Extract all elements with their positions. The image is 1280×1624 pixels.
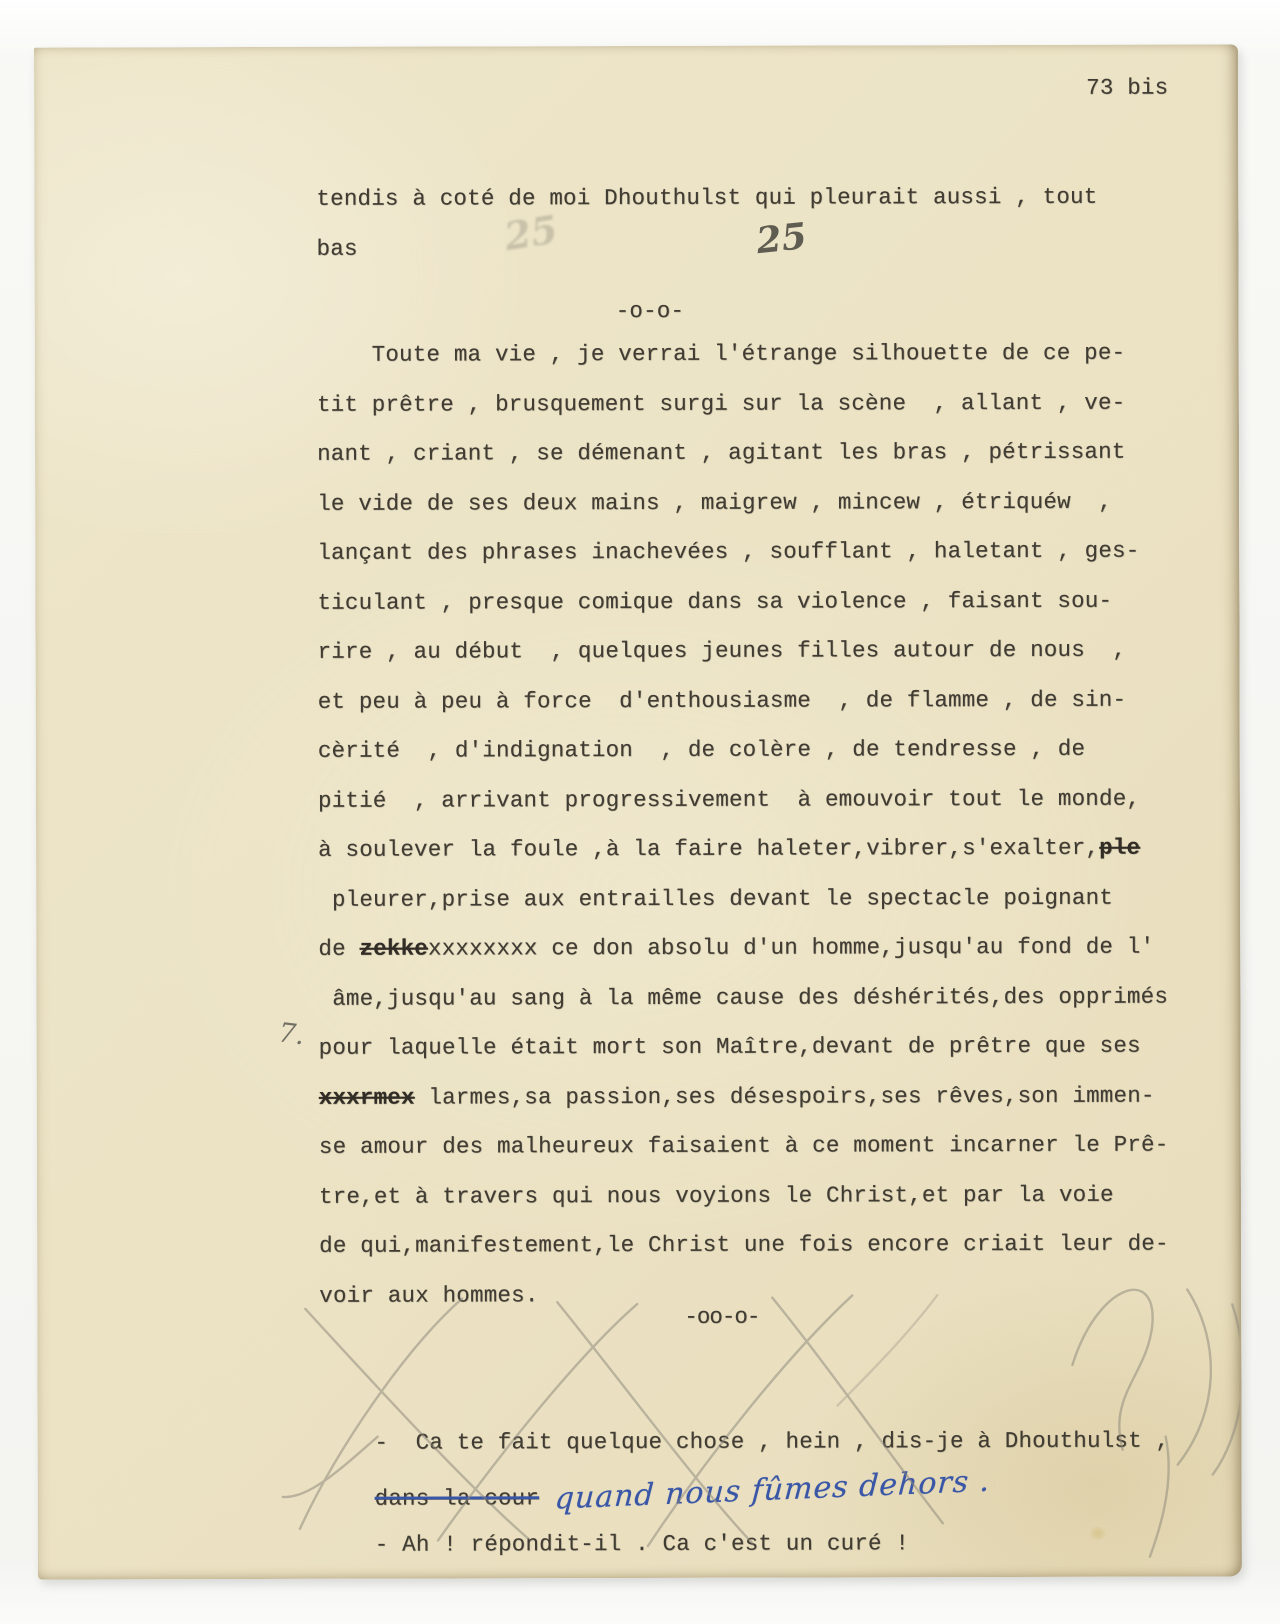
typed-line: ticulant , presque comique dans sa viole…	[317, 576, 1167, 628]
typed-text: rire , au début , quelques jeunes filles…	[318, 637, 1127, 665]
typed-text: voir aux hommes.	[319, 1282, 538, 1309]
ink-stain	[1090, 1527, 1106, 1540]
typed-line: Toute ma vie , je verrai l'étrange silho…	[317, 329, 1167, 381]
typed-text: de qui,manifestement,le Christ une fois …	[319, 1231, 1169, 1259]
typed-text: lançant des phrases inachevées , souffla…	[317, 538, 1139, 566]
typed-text: tre,et à travers qui nous voyions le Chr…	[319, 1181, 1114, 1209]
typed-text: tit prêtre , brusquement surgi sur la sc…	[317, 389, 1126, 417]
margin-annotation: 7.	[277, 1017, 306, 1051]
typed-line: tendis à coté de moi Dhouthulst qui pleu…	[316, 173, 1097, 225]
typed-text: ticulant , presque comique dans sa viole…	[317, 587, 1112, 615]
typed-text: Toute ma vie , je verrai l'étrange silho…	[317, 340, 1126, 368]
typed-line: xxxrmex larmes,sa passion,ses désespoirs…	[319, 1071, 1169, 1123]
typed-line: le vide de ses deux mains , maigrew , mi…	[317, 477, 1167, 529]
typed-line: cèrité , d'indignation , de colère , de …	[318, 725, 1168, 777]
typed-line: pleurer,prise aux entrailles devant le s…	[318, 873, 1168, 925]
typed-text: larmes,sa passion,ses désespoirs,ses rêv…	[415, 1082, 1155, 1110]
typed-line: de qui,manifestement,le Christ une fois …	[319, 1220, 1169, 1272]
pencil-page-number: 25	[754, 215, 808, 262]
dialogue-line: dans la courquand nous fûmes dehors .	[320, 1419, 991, 1470]
typed-line: et peu à peu à force d'enthousiasme , de…	[318, 675, 1168, 727]
typed-text: le vide de ses deux mains , maigrew , mi…	[317, 488, 1112, 516]
typed-text: tendis à coté de moi Dhouthulst qui pleu…	[316, 184, 1097, 212]
paper-sheet: 73 bis tendis à coté de moi Dhouthulst q…	[34, 44, 1242, 1579]
typed-line: à soulever la foule ,à la faire haleter,…	[318, 824, 1168, 876]
typed-line: lançant des phrases inachevées , souffla…	[317, 527, 1167, 579]
erased-pencil-number: 25	[501, 206, 560, 259]
typed-text: et peu à peu à force d'enthousiasme , de…	[318, 686, 1127, 714]
typed-line: rire , au début , quelques jeunes filles…	[318, 626, 1168, 678]
typed-text: xxxxxxxx ce don absolu d'un homme,jusqu'…	[428, 934, 1154, 962]
typed-line: pour laquelle était mort son Maître,deva…	[319, 1022, 1169, 1074]
typed-text: à soulever la foule ,à la faire haleter,…	[318, 835, 1099, 863]
typed-text: de	[318, 936, 359, 962]
dialogue-line: - Ah ! répondit-il . Ca c'est un curé !	[320, 1469, 909, 1520]
opening-block: tendis à coté de moi Dhouthulst qui pleu…	[316, 173, 1097, 274]
typed-line: bas	[316, 222, 1097, 274]
overstrike-text: zekke	[359, 936, 428, 962]
typed-text: nant , criant , se démenant , agitant le…	[317, 439, 1126, 467]
typed-line: se amour des malheureux faisaient à ce m…	[319, 1121, 1169, 1173]
typed-line: tit prêtre , brusquement surgi sur la sc…	[317, 378, 1167, 430]
typed-line: nant , criant , se démenant , agitant le…	[317, 428, 1167, 480]
typed-text: bas	[316, 235, 357, 261]
overstrike-text: xxxrmex	[319, 1084, 415, 1110]
typed-text: pour laquelle était mort son Maître,deva…	[319, 1033, 1141, 1061]
typed-line: de zekkexxxxxxxx ce don absolu d'un homm…	[318, 923, 1168, 975]
dialogue-line: - Ca te fait quelque chose , hein , dis-…	[319, 1367, 1169, 1419]
typed-text: pitié , arrivant progressivement à emouv…	[318, 785, 1140, 813]
main-paragraph: Toute ma vie , je verrai l'étrange silho…	[317, 329, 1169, 1321]
typed-line: tre,et à travers qui nous voyions le Chr…	[319, 1170, 1169, 1222]
section-separator: -oo-o-	[684, 1304, 759, 1330]
typed-text: cèrité , d'indignation , de colère , de …	[318, 736, 1085, 764]
section-separator: -o-o-	[616, 298, 685, 324]
scanned-document-background: { "page": { "number_label": "73 bis", "p…	[0, 0, 1280, 1624]
page-number: 73 bis	[1086, 75, 1168, 101]
typed-text: se amour des malheureux faisaient à ce m…	[319, 1132, 1169, 1160]
typed-text: - Ah ! répondit-il . Ca c'est un curé !	[375, 1530, 909, 1557]
overstrike-text: ple	[1099, 835, 1140, 861]
typed-line: pitié , arrivant progressivement à emouv…	[318, 774, 1168, 826]
typed-text: âme,jusqu'au sang à la même cause des dé…	[318, 983, 1168, 1011]
typed-text: pleurer,prise aux entrailles devant le s…	[318, 884, 1113, 912]
typed-line: âme,jusqu'au sang à la même cause des dé…	[318, 972, 1168, 1024]
